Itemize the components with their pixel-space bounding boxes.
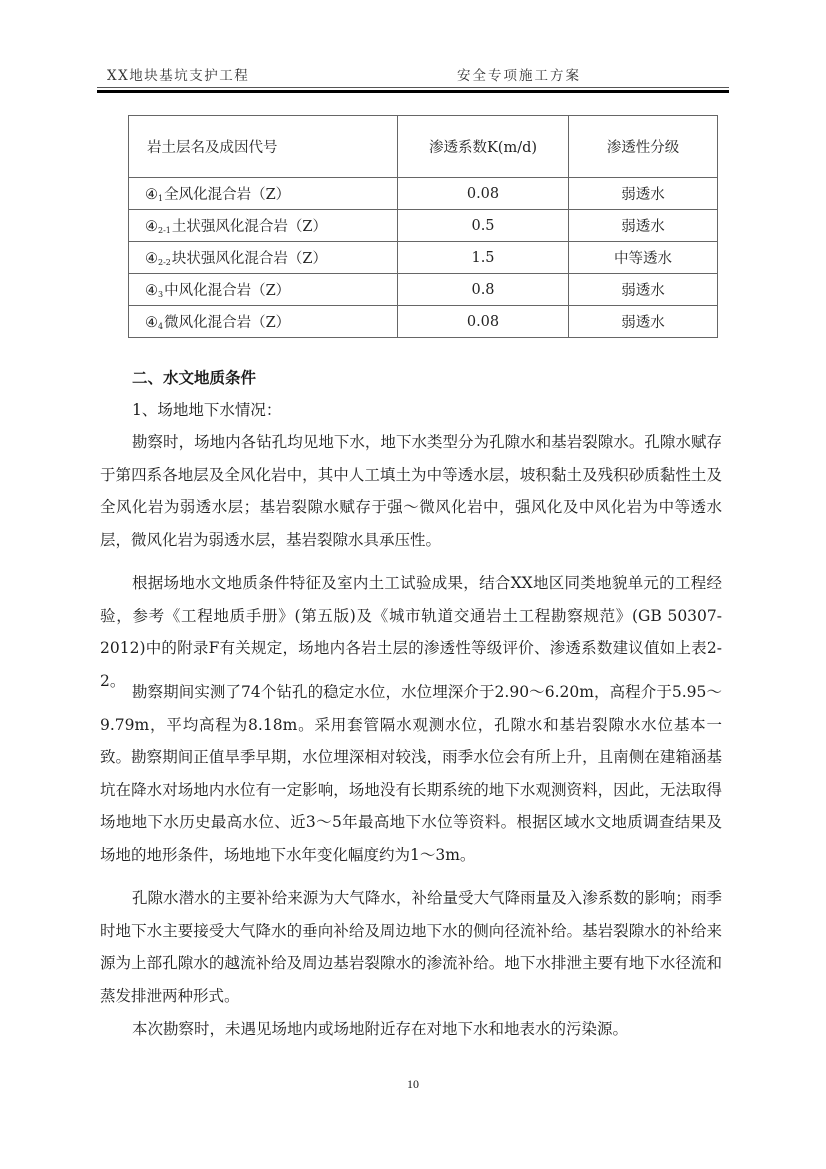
header-rule-thin [97, 87, 729, 88]
header-project-name: XX地块基坑支护工程 [107, 64, 249, 84]
column-header-grade: 渗透性分级 [569, 116, 718, 178]
coefficient-cell: 1.5 [398, 242, 569, 274]
layer-cell: ④2-1土状强风化混合岩（Z） [129, 210, 398, 242]
coefficient-cell: 0.08 [398, 178, 569, 210]
layer-cell: ④1全风化混合岩（Z） [129, 178, 398, 210]
header-document-type: 安全专项施工方案 [457, 64, 581, 84]
coefficient-cell: 0.08 [398, 306, 569, 338]
layer-cell: ④2-2块状强风化混合岩（Z） [129, 242, 398, 274]
table-row: ④1全风化混合岩（Z） 0.08 弱透水 [129, 178, 718, 210]
grade-cell: 中等透水 [569, 242, 718, 274]
grade-cell: 弱透水 [569, 274, 718, 306]
paragraph-groundwater-types: 勘察时，场地内各钻孔均见地下水，地下水类型分为孔隙水和基岩裂隙水。孔隙水赋存于第… [100, 426, 722, 556]
table-row: ④4微风化混合岩（Z） 0.08 弱透水 [129, 306, 718, 338]
paragraph-recharge-discharge: 孔隙水潜水的主要补给来源为大气降水，补给量受大气降雨量及入渗系数的影响；雨季时地… [100, 882, 722, 1012]
paragraph-water-levels: 勘察期间实测了74个钻孔的稳定水位，水位埋深介于2.90～6.20m，高程介于5… [100, 676, 722, 872]
column-header-layer: 岩土层名及成因代号 [129, 116, 398, 178]
page-number: 10 [0, 1077, 826, 1092]
layer-cell: ④3中风化混合岩（Z） [129, 274, 398, 306]
table-row: ④2-2块状强风化混合岩（Z） 1.5 中等透水 [129, 242, 718, 274]
table-header-row: 岩土层名及成因代号 渗透系数K(m/d) 渗透性分级 [129, 116, 718, 178]
page-header: XX地块基坑支护工程 安全专项施工方案 [97, 64, 729, 82]
permeability-table: 岩土层名及成因代号 渗透系数K(m/d) 渗透性分级 ④1全风化混合岩（Z） 0… [128, 115, 718, 338]
section-heading: 二、水文地质条件 [132, 366, 256, 388]
grade-cell: 弱透水 [569, 178, 718, 210]
table-row: ④2-1土状强风化混合岩（Z） 0.5 弱透水 [129, 210, 718, 242]
paragraph-pollution: 本次勘察时，未遇见场地内或场地附近存在对地下水和地表水的污染源。 [100, 1013, 722, 1046]
column-header-coefficient: 渗透系数K(m/d) [398, 116, 569, 178]
coefficient-cell: 0.5 [398, 210, 569, 242]
subsection-heading: 1、场地地下水情况： [132, 398, 281, 420]
layer-cell: ④4微风化混合岩（Z） [129, 306, 398, 338]
table-row: ④3中风化混合岩（Z） 0.8 弱透水 [129, 274, 718, 306]
grade-cell: 弱透水 [569, 210, 718, 242]
header-rule-thick [97, 90, 729, 93]
coefficient-cell: 0.8 [398, 274, 569, 306]
grade-cell: 弱透水 [569, 306, 718, 338]
